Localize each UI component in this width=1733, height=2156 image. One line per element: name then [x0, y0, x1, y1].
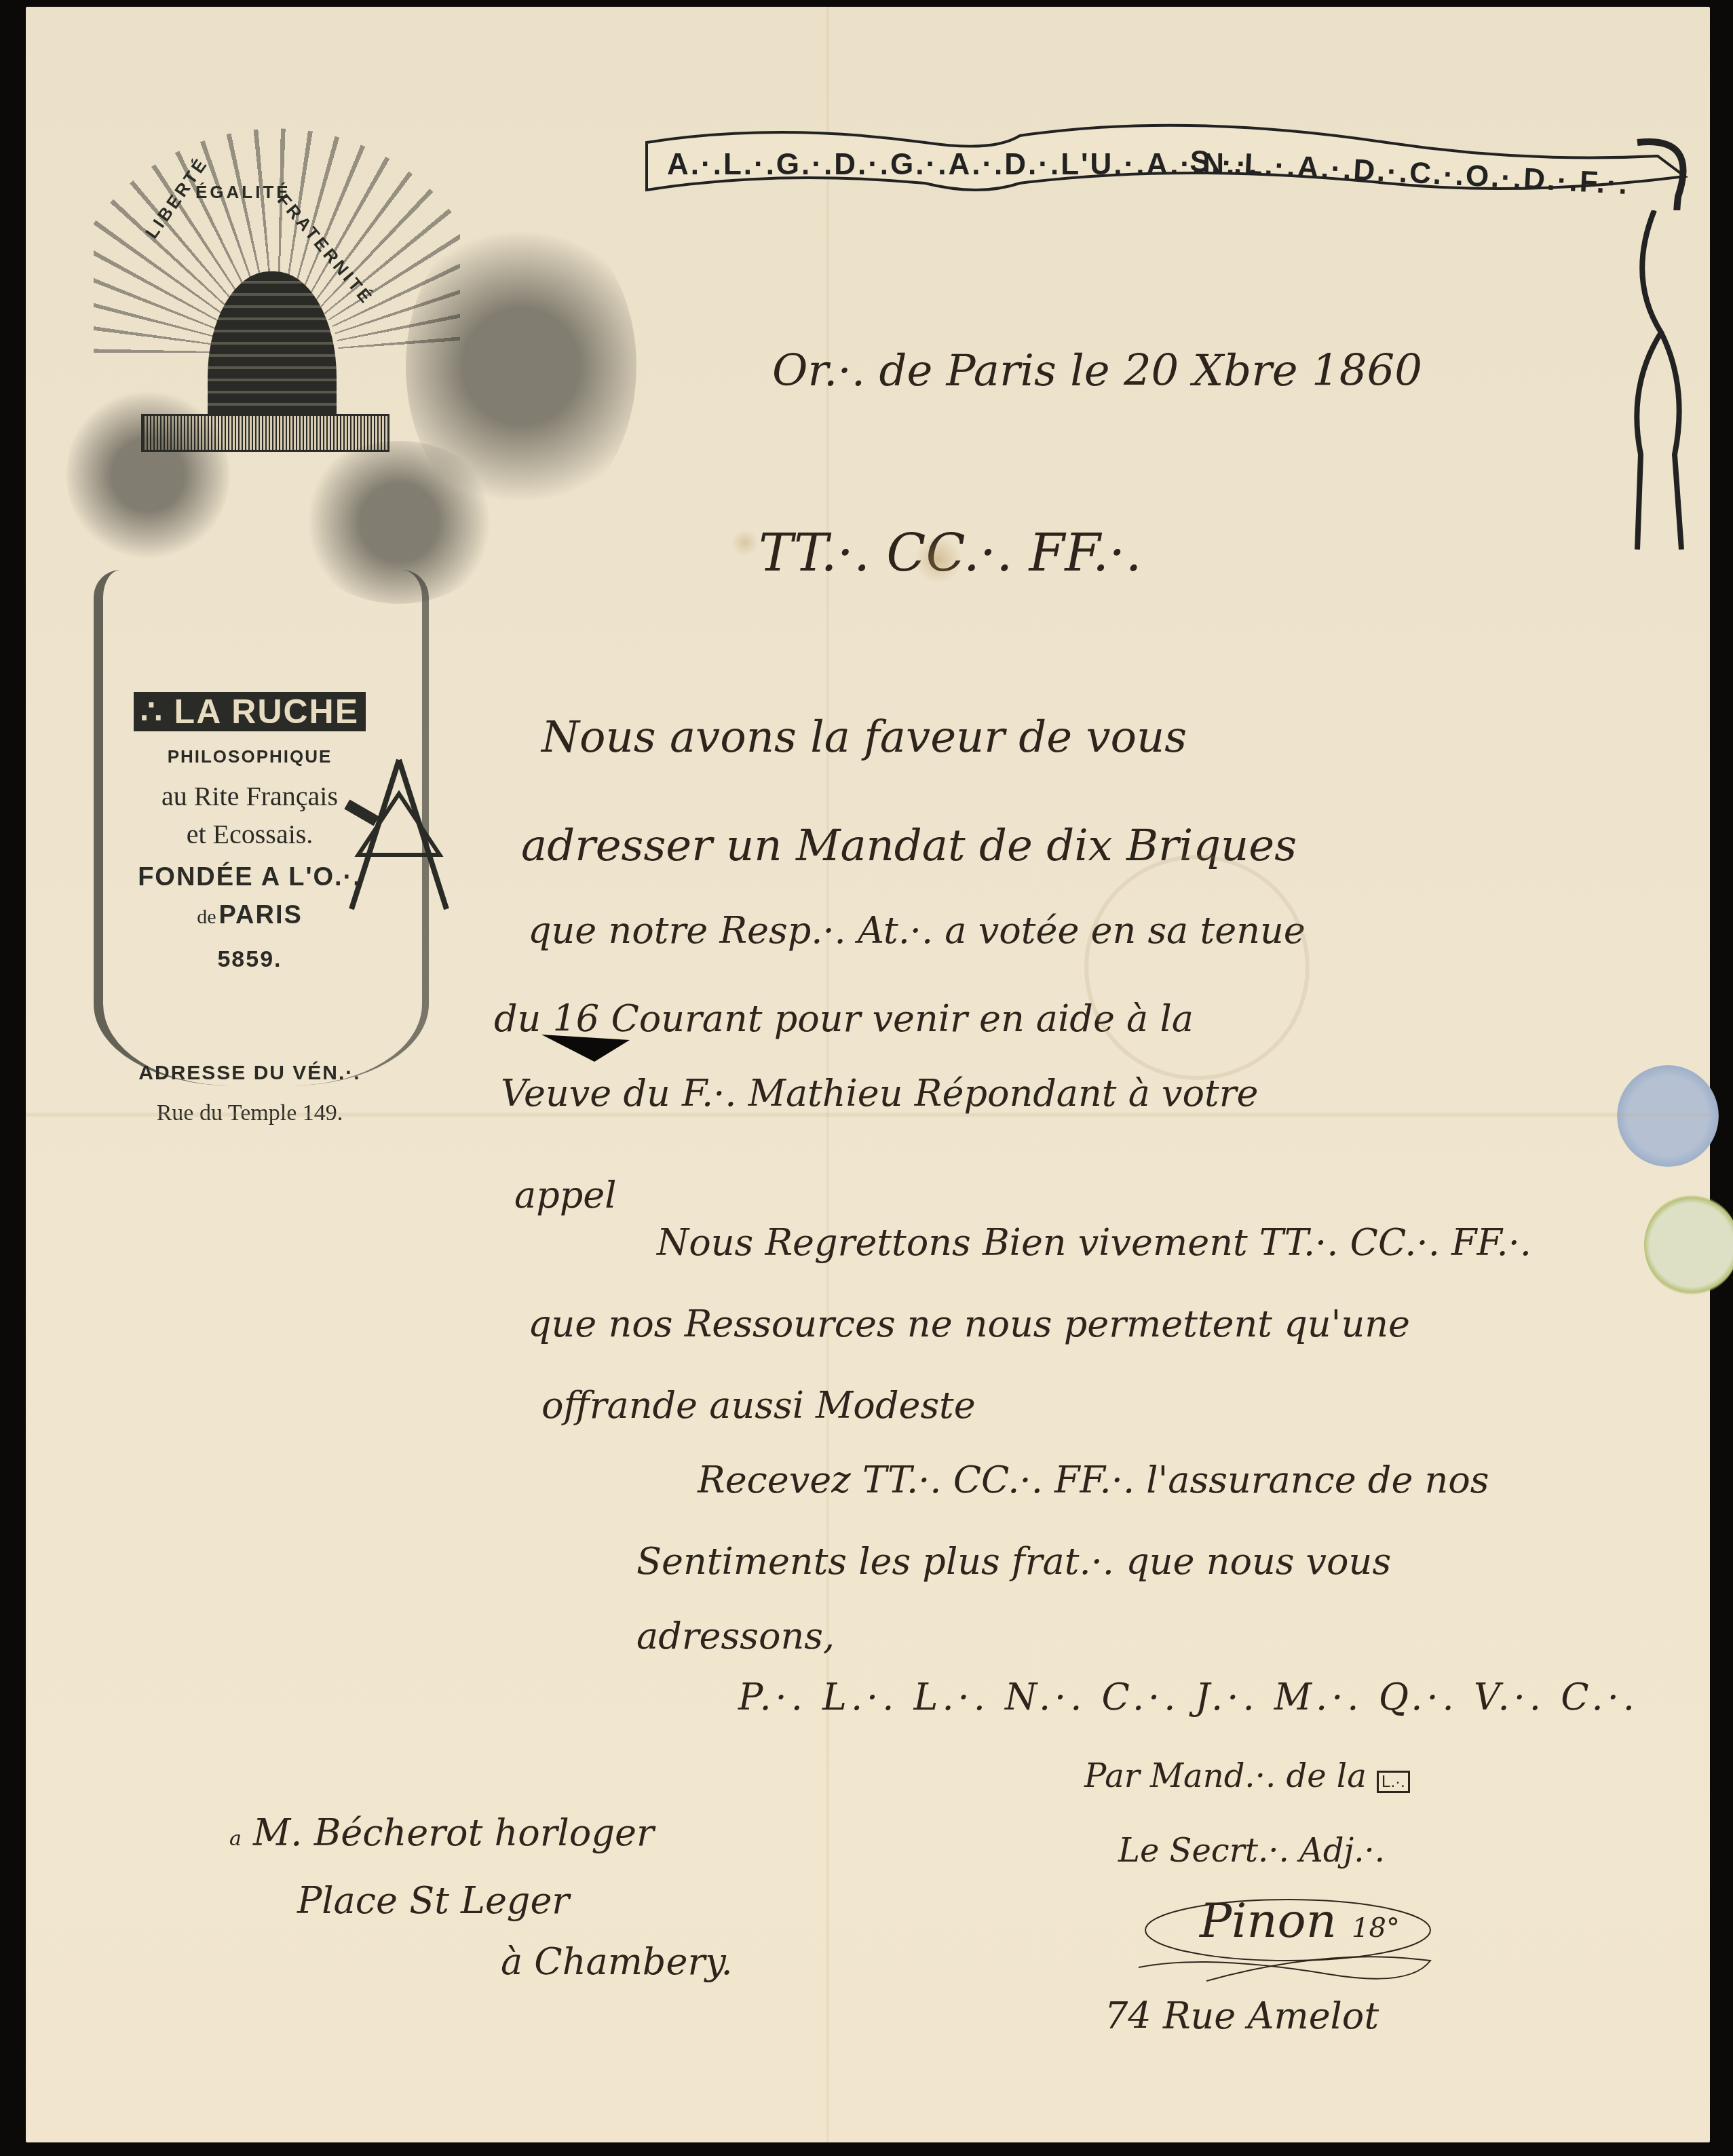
body-line: offrande aussi Modeste: [541, 1384, 976, 1427]
body-line: que nos Ressources ne nous permettent qu…: [528, 1303, 1410, 1345]
body-line: du 16 Courant pour venir en aide à la: [494, 997, 1194, 1040]
mandate-text: Par Mand.·. de la: [1084, 1757, 1367, 1795]
recipient-line-1: a M. Bécherot horloger: [229, 1811, 654, 1854]
faded-postmark: [1084, 855, 1310, 1080]
body-line: Sentiments les plus frat.·. que nous vou…: [636, 1540, 1391, 1583]
foliage-ornament: [66, 387, 229, 563]
brown-spot: [731, 529, 759, 556]
blue-ink-stain: [1617, 1065, 1719, 1167]
body-line: Nous Regrettons Bien vivement TT.·. CC.·…: [657, 1221, 1531, 1264]
letter-paper: LIBERTÉ ÉGALITÉ FRATERNITÉ A.·.L.·.G.·.D…: [26, 7, 1710, 2142]
venerable-address: Rue du Temple 149.: [107, 1100, 392, 1126]
square-and-compass-icon: [338, 753, 460, 916]
green-stain: [1644, 1194, 1733, 1296]
recipient-line-3: à Chambery.: [501, 1940, 733, 1983]
letter-dateline: Or.·. de Paris le 20 Xbre 1860: [772, 346, 1422, 396]
banner-inscription-left: A.·.L.·.G.·.D.·.G.·.A.·.D.·.L'U.·.A.·.N.…: [667, 148, 1259, 182]
recipient-name: M. Bécherot horloger: [253, 1811, 654, 1854]
recipient-line-2: Place St Leger: [297, 1879, 569, 1922]
lodge-title: ∴ LA RUCHE: [134, 692, 366, 731]
body-line: Veuve du F.·. Mathieu Répondant à votre: [501, 1072, 1259, 1115]
body-line: appel: [514, 1174, 617, 1216]
signature-line-1: Par Mand.·. de la L.·.: [1084, 1757, 1410, 1795]
address-label: ADRESSE DU VÉN.·.: [107, 1062, 392, 1085]
recipient-prefix: a: [229, 1827, 242, 1851]
closing-abbreviation: P.·. L.·. L.·. N.·. C.·. J.·. M.·. Q.·. …: [738, 1676, 1639, 1718]
founded-city: PARIS: [219, 901, 303, 929]
body-line: Recevez TT.·. CC.·. FF.·. l'assurance de…: [698, 1459, 1489, 1501]
founding-year: 5859.: [107, 946, 392, 973]
lodge-mark: L.·.: [1377, 1771, 1410, 1793]
brown-spot: [915, 536, 962, 583]
signature-flourish: [1125, 1893, 1451, 1995]
body-line: Nous avons la faveur de vous: [541, 712, 1187, 763]
lodge-title-row: ∴ LA RUCHE: [107, 692, 392, 731]
signatory-address: 74 Rue Amelot: [1105, 1995, 1379, 2037]
founded-prefix: de: [197, 906, 216, 928]
body-line: adressons,: [636, 1615, 835, 1657]
ribbon-tassels: [1614, 210, 1695, 563]
signature-line-2: Le Secrt.·. Adj.·.: [1118, 1832, 1385, 1870]
